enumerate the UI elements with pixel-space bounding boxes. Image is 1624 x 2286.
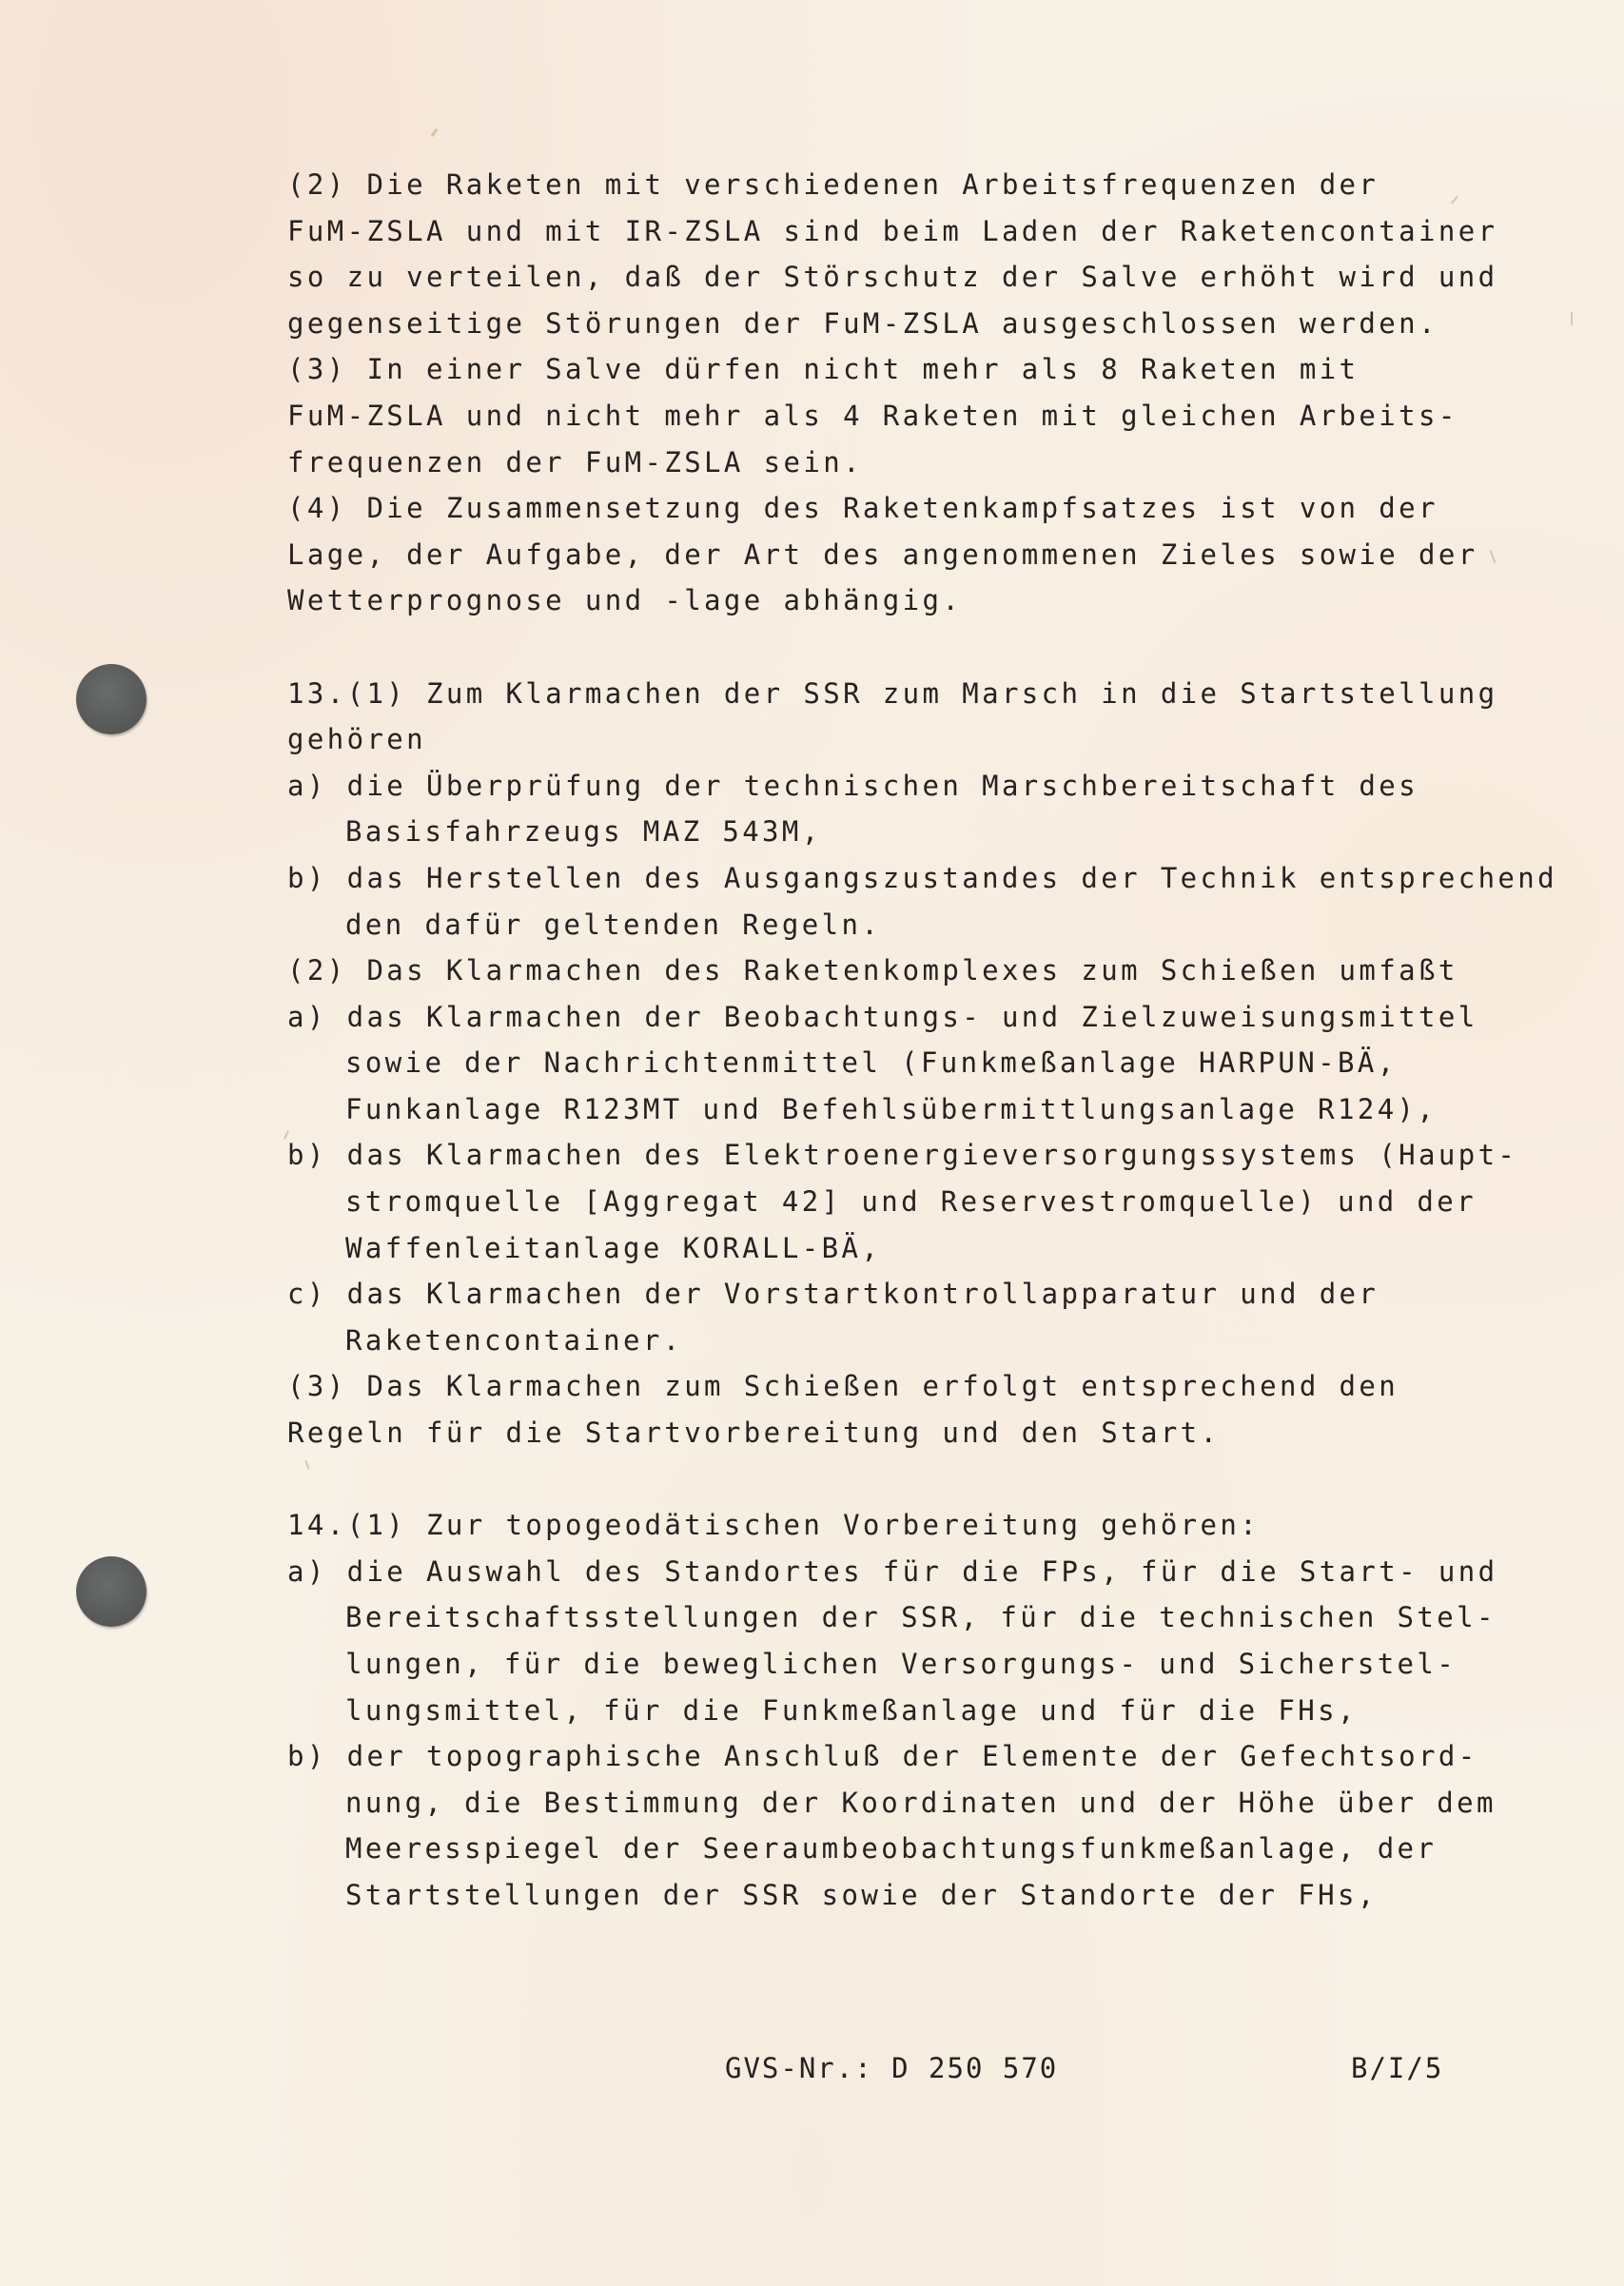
- text-line: Bereitschaftsstellungen der SSR, für die…: [287, 1594, 1562, 1641]
- text-line: Wetterprognose und -lage abhängig.: [287, 577, 1562, 624]
- text-line: frequenzen der FuM-ZSLA sein.: [287, 440, 1562, 486]
- paper-speck: [1571, 312, 1573, 325]
- text-line: sowie der Nachrichtenmittel (Funkmeßanla…: [287, 1040, 1562, 1086]
- punch-hole: [76, 664, 147, 734]
- text-line: lungsmittel, für die Funkmeßanlage und f…: [287, 1688, 1562, 1734]
- text-line: Lage, der Aufgabe, der Art des angenomme…: [287, 532, 1562, 578]
- text-line: c) das Klarmachen der Vorstartkontrollap…: [287, 1271, 1562, 1318]
- text-line: (3) Das Klarmachen zum Schießen erfolgt …: [287, 1363, 1562, 1410]
- text-line: so zu verteilen, daß der Störschutz der …: [287, 254, 1562, 301]
- text-line: b) das Klarmachen des Elektroenergievers…: [287, 1132, 1562, 1179]
- text-line: lungen, für die beweglichen Versorgungs-…: [287, 1641, 1562, 1688]
- text-line: a) die Auswahl des Standortes für die FP…: [287, 1549, 1562, 1595]
- document-page: (2) Die Raketen mit verschiedenen Arbeit…: [0, 0, 1624, 2286]
- text-line: FuM-ZSLA und mit IR-ZSLA sind beim Laden…: [287, 208, 1562, 255]
- text-line: Funkanlage R123MT und Befehlsübermittlun…: [287, 1086, 1562, 1133]
- text-line: a) die Überprüfung der technischen Marsc…: [287, 763, 1562, 810]
- text-line: (2) Die Raketen mit verschiedenen Arbeit…: [287, 162, 1562, 208]
- text-line: Startstellungen der SSR sowie der Stando…: [287, 1872, 1562, 1919]
- text-line: (2) Das Klarmachen des Raketenkomplexes …: [287, 948, 1562, 994]
- paragraph-gap: [287, 1456, 1562, 1503]
- text-line: Raketencontainer.: [287, 1318, 1562, 1364]
- page-reference: B/I/5: [1351, 2045, 1443, 2091]
- text-line: stromquelle [Aggregat 42] und Reservestr…: [287, 1179, 1562, 1225]
- text-line: nung, die Bestimmung der Koordinaten und…: [287, 1780, 1562, 1827]
- paragraph-gap: [287, 624, 1562, 671]
- text-line: b) das Herstellen des Ausgangszustandes …: [287, 855, 1562, 902]
- text-line: den dafür geltenden Regeln.: [287, 902, 1562, 948]
- text-line: Meeresspiegel der Seeraumbeobachtungsfun…: [287, 1826, 1562, 1872]
- text-line: b) der topographische Anschluß der Eleme…: [287, 1733, 1562, 1780]
- text-line: a) das Klarmachen der Beobachtungs- und …: [287, 994, 1562, 1041]
- paper-speck: [431, 128, 439, 137]
- punch-hole: [76, 1556, 147, 1627]
- text-line: gegenseitige Störungen der FuM-ZSLA ausg…: [287, 301, 1562, 347]
- text-line: (3) In einer Salve dürfen nicht mehr als…: [287, 346, 1562, 393]
- text-line: FuM-ZSLA und nicht mehr als 4 Raketen mi…: [287, 393, 1562, 440]
- text-line: Basisfahrzeugs MAZ 543M,: [287, 809, 1562, 855]
- text-line: Waffenleitanlage KORALL-BÄ,: [287, 1225, 1562, 1272]
- text-line: (4) Die Zusammensetzung des Raketenkampf…: [287, 485, 1562, 532]
- text-line: gehören: [287, 716, 1562, 763]
- classification-number: GVS-Nr.: D 250 570: [725, 2045, 1058, 2091]
- text-line: 13.(1) Zum Klarmachen der SSR zum Marsch…: [287, 671, 1562, 717]
- text-line: 14.(1) Zur topogeodätischen Vorbereitung…: [287, 1502, 1562, 1549]
- text-line: Regeln für die Startvorbereitung und den…: [287, 1410, 1562, 1456]
- document-body: (2) Die Raketen mit verschiedenen Arbeit…: [287, 162, 1562, 1919]
